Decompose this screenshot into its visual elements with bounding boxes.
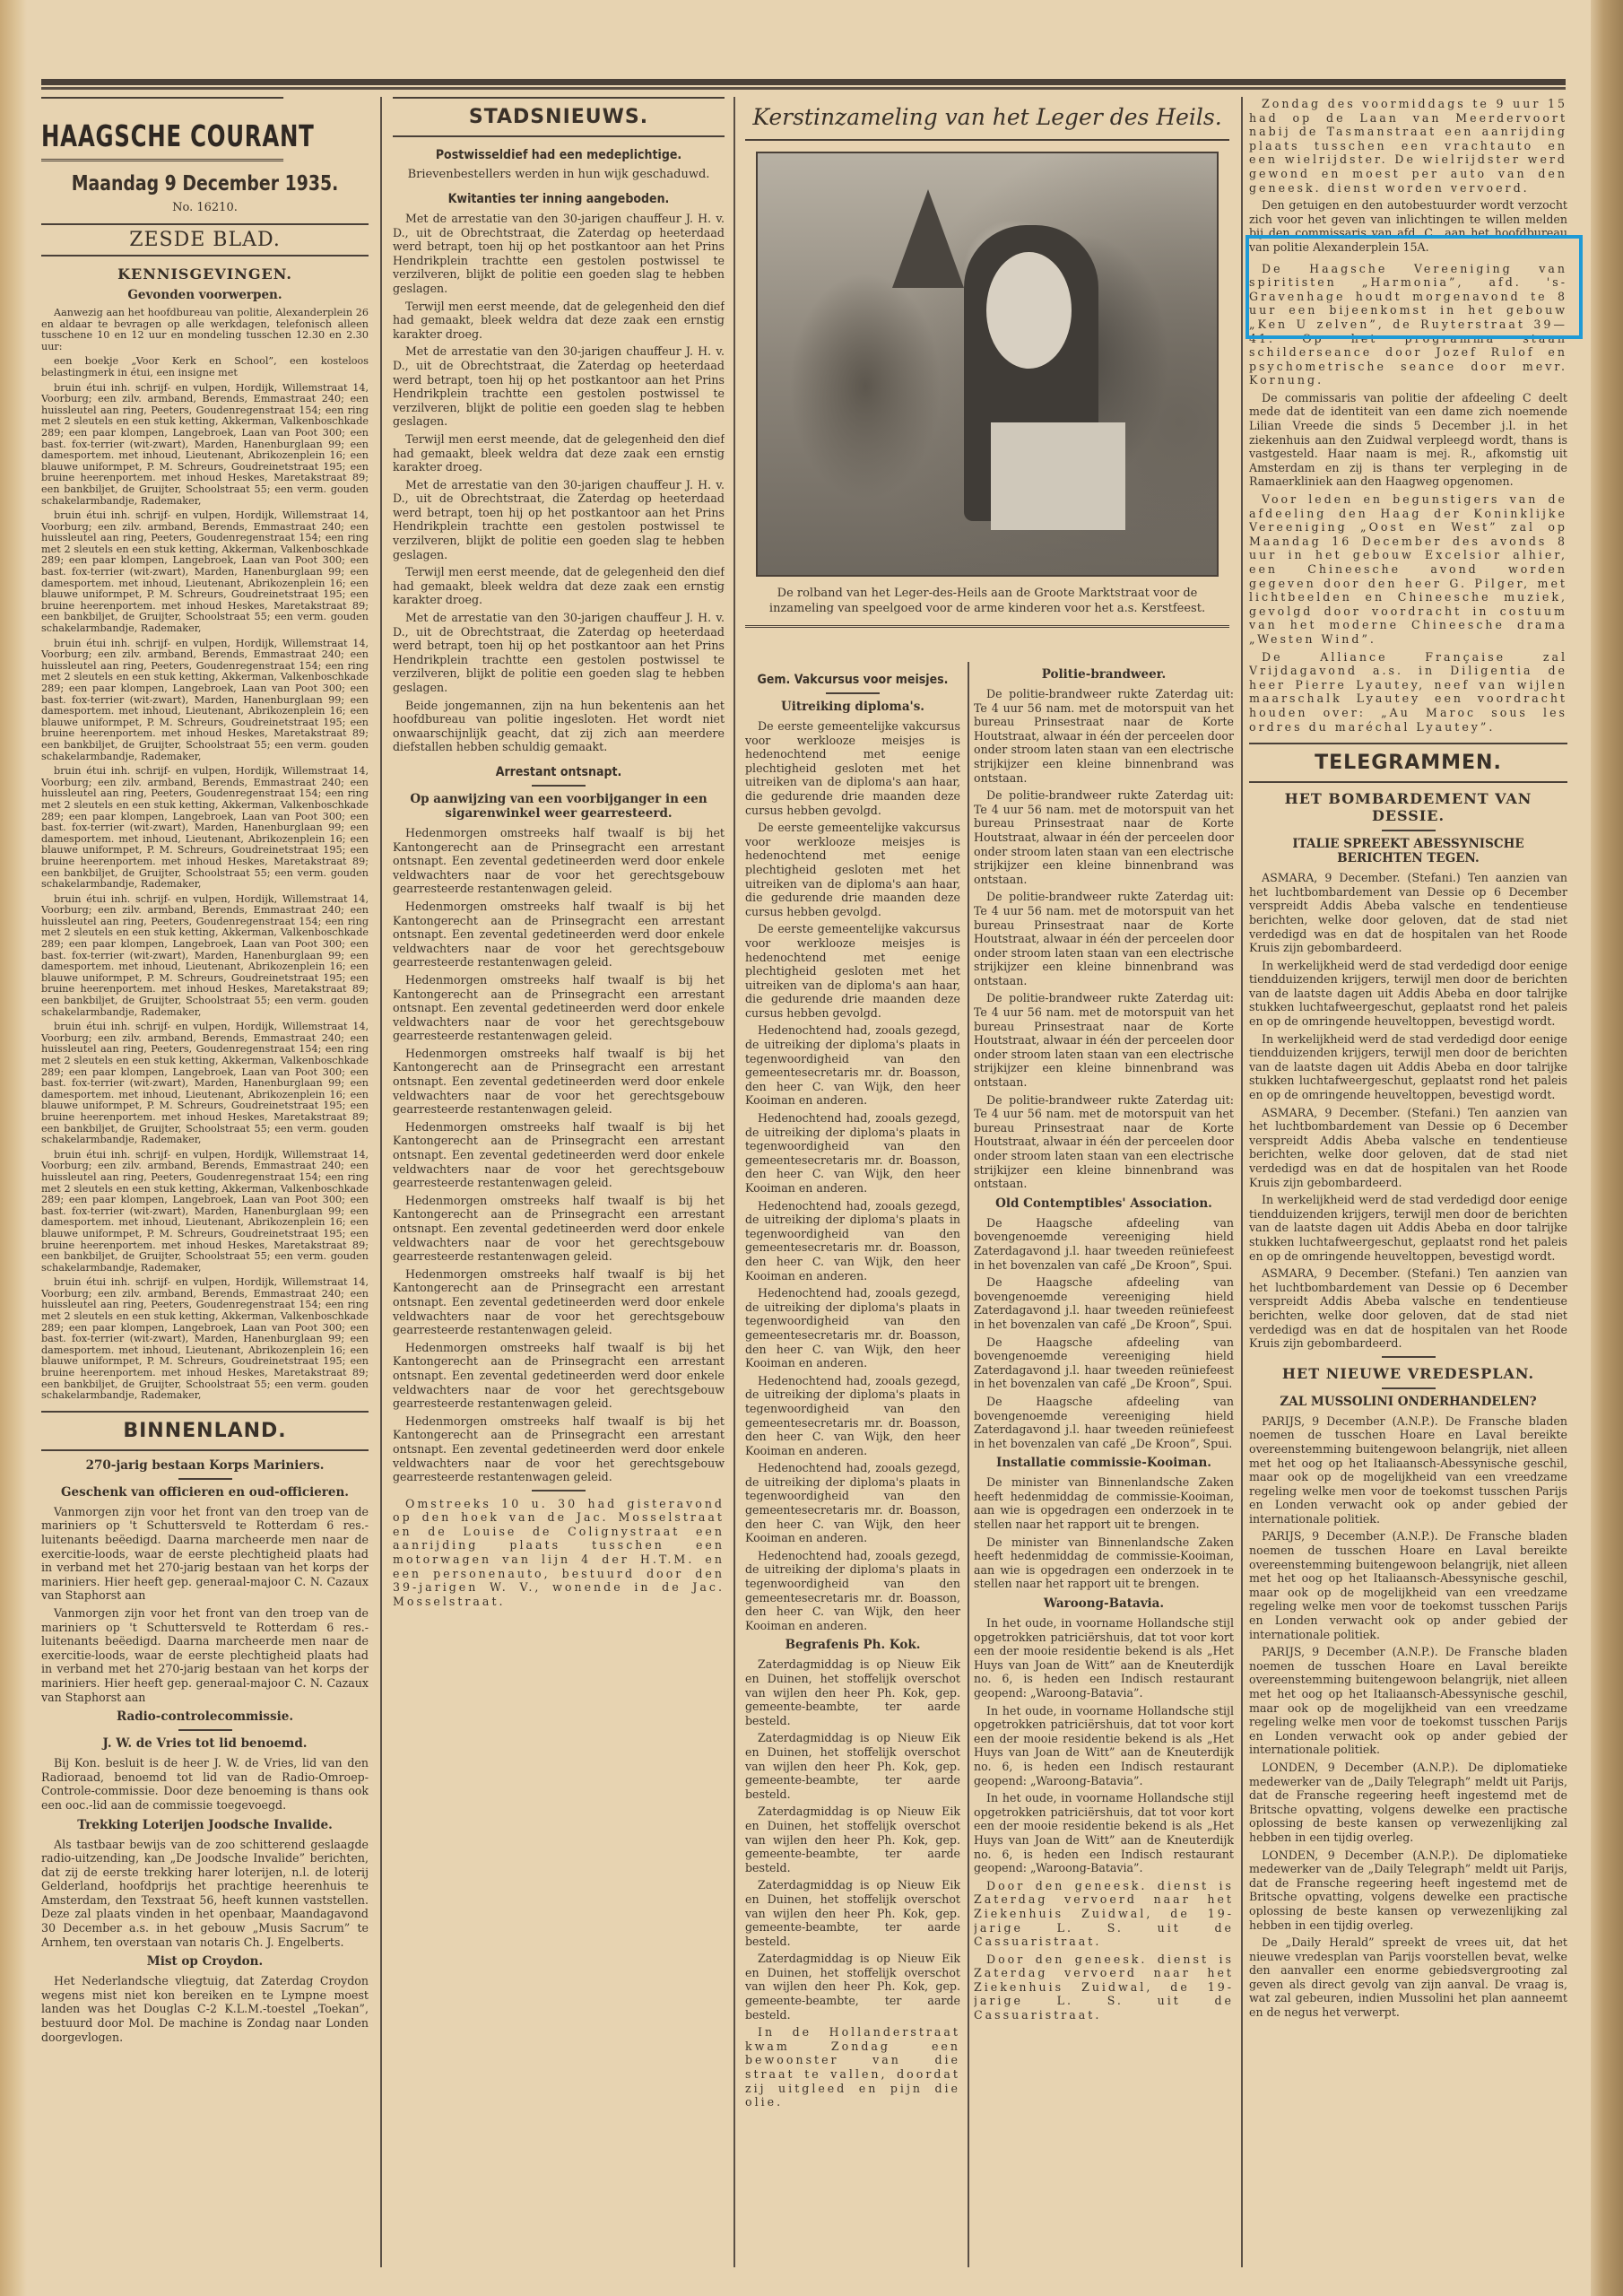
- article-body-zondag: Zondag des voormiddags te 9 uur 15 had o…: [1249, 97, 1567, 195]
- article-body: een boekje „Voor Kerk en School”, een ko…: [41, 356, 369, 378]
- column-divider: [968, 662, 969, 2267]
- article-body: De politie-brandweer rukte Zaterdag uit:…: [974, 687, 1234, 785]
- article-body: PARIJS, 9 December (A.N.P.). De Fransche…: [1249, 1529, 1567, 1641]
- page-binding-edge: [0, 0, 27, 2296]
- santa-face: [986, 252, 1072, 369]
- article-heading-kennisgevingen: KENNISGEVINGEN.: [41, 265, 369, 283]
- article-body: De eerste gemeentelijke vakcursus voor w…: [745, 922, 960, 1020]
- article-body: De minister van Binnenlandsche Zaken hee…: [974, 1475, 1234, 1531]
- column-divider: [380, 97, 382, 2267]
- article-body: bruin étui inh. schrijf- en vulpen, Hord…: [41, 1150, 369, 1274]
- article-heading: HET NIEUWE VREDESPLAN.: [1249, 1365, 1567, 1382]
- column-2: STADSNIEUWS. Postwisseldief had een mede…: [393, 97, 725, 2240]
- article-body: De minister van Binnenlandsche Zaken hee…: [974, 1535, 1234, 1591]
- article-heading: Old Contemptibles' Association.: [974, 1196, 1234, 1211]
- divider: [1382, 830, 1436, 831]
- article-body: De „Daily Herald” spreekt de vrees uit, …: [1249, 1935, 1567, 2020]
- article-body: Hedenochtend had, zooals gezegd, de uitr…: [745, 1111, 960, 1196]
- article-body: De politie-brandweer rukte Zaterdag uit:…: [974, 1093, 1234, 1191]
- article-body: Hedenmorgen omstreeks half twaalf is bij…: [393, 826, 725, 896]
- article-body: In het oude, in voorname Hollandsche sti…: [974, 1704, 1234, 1788]
- article-body: De politie-brandweer rukte Zaterdag uit:…: [974, 991, 1234, 1089]
- photo-caption: De rolband van het Leger-des-Heils aan d…: [745, 577, 1229, 628]
- article-subheading: Uitreiking diploma's.: [745, 700, 960, 714]
- article-body: bruin étui inh. schrijf- en vulpen, Hord…: [41, 639, 369, 763]
- article-body: Hedenmorgen omstreeks half twaalf is bij…: [393, 1341, 725, 1411]
- article-body: De politie-brandweer rukte Zaterdag uit:…: [974, 890, 1234, 987]
- article-body: De politie-brandweer rukte Zaterdag uit:…: [974, 788, 1234, 886]
- article-body: bruin étui inh. schrijf- en vulpen, Hord…: [41, 510, 369, 635]
- article-body: De Haagsche afdeeling van bovengenoemde …: [974, 1275, 1234, 1331]
- article-body: Vanmorgen zijn voor het front van den tr…: [41, 1505, 369, 1603]
- article-body: Beide jongemannen, zijn na hun bekenteni…: [393, 699, 725, 754]
- article-heading: 270-jarig bestaan Korps Mariniers.: [41, 1458, 369, 1473]
- article-body: In werkelijkheid werd de stad verdedigd …: [1249, 959, 1567, 1029]
- article-body: Terwijl men eerst meende, dat de gelegen…: [393, 432, 725, 474]
- article-body: ASMARA, 9 December. (Stefani.) Ten aanzi…: [1249, 1266, 1567, 1351]
- column-4: Politie-brandweer. De politie-brandweer …: [974, 662, 1234, 2240]
- article-subheading: Kwitanties ter inning aangeboden.: [410, 192, 708, 206]
- masthead-date: Maandag 9 December 1935.: [71, 172, 339, 196]
- section-banner-telegrammen: TELEGRAMMEN.: [1249, 743, 1567, 783]
- article-subheading: ZAL MUSSOLINI ONDERHANDELEN?: [1249, 1395, 1567, 1409]
- photo-salvation-army: [756, 152, 1219, 577]
- article-body: Zaterdagmiddag is op Nieuw Eik en Duinen…: [745, 1731, 960, 1801]
- article-body: Door den geneesk. dienst is Zaterdag ver…: [974, 1879, 1234, 1949]
- article-body: De Haagsche afdeeling van bovengenoemde …: [974, 1395, 1234, 1450]
- section-banner-stadsnieuws: STADSNIEUWS.: [393, 97, 725, 137]
- article-heading: Radio-controlecommissie.: [41, 1709, 369, 1724]
- article-body: bruin étui inh. schrijf- en vulpen, Hord…: [41, 894, 369, 1019]
- article-body: PARIJS, 9 December (A.N.P.). De Fransche…: [1249, 1414, 1567, 1526]
- article-body: In de Hollanderstraat kwam Zondag een be…: [745, 2025, 960, 2109]
- divider: [1382, 1387, 1436, 1389]
- article-body: Terwijl men eerst meende, dat de gelegen…: [393, 565, 725, 607]
- divider: [532, 785, 586, 787]
- article-body: LONDEN, 9 December (A.N.P.). De diplomat…: [1249, 1761, 1567, 1845]
- article-body: De eerste gemeentelijke vakcursus voor w…: [745, 821, 960, 918]
- article-body: De eerste gemeentelijke vakcursus voor w…: [745, 719, 960, 817]
- article-body: Zaterdagmiddag is op Nieuw Eik en Duinen…: [745, 1878, 960, 1948]
- article-body: In werkelijkheid werd de stad verdedigd …: [1249, 1193, 1567, 1263]
- article-body-oost-west: Voor leden en begunstigers van de afdeel…: [1249, 492, 1567, 647]
- page-right-edge: [1591, 0, 1623, 2296]
- article-body: Bij Kon. besluit is de heer J. W. de Vri…: [41, 1756, 369, 1812]
- article-subheading: Brievenbestellers werden in hun wijk ges…: [393, 168, 725, 181]
- article-body: Aanwezig aan het hoofdbureau van politie…: [41, 308, 369, 352]
- column-3: Gem. Vakcursus voor meisjes. Uitreiking …: [745, 662, 960, 2240]
- article-subheading: ITALIE SPREEKT ABESSYNISCHE BERICHTEN TE…: [1249, 837, 1567, 865]
- article-body: Het Nederlandsche vliegtuig, dat Zaterda…: [41, 1974, 369, 2044]
- column-divider: [733, 97, 735, 2267]
- article-body: bruin étui inh. schrijf- en vulpen, Hord…: [41, 1022, 369, 1146]
- article-body: Omstreeks 10 u. 30 had gisteravond op de…: [393, 1497, 725, 1609]
- column-1: HAAGSCHE COURANT Maandag 9 December 1935…: [41, 97, 369, 2240]
- article-subheading: J. W. de Vries tot lid benoemd.: [41, 1736, 369, 1751]
- article-heading: Mist op Croydon.: [41, 1954, 369, 1969]
- article-body: Met de arrestatie van den 30-jarigen cha…: [393, 478, 725, 562]
- article-body: ASMARA, 9 December. (Stefani.) Ten aanzi…: [1249, 871, 1567, 955]
- section-label: ZESDE BLAD.: [41, 223, 369, 257]
- article-body: Hedenochtend had, zooals gezegd, de uitr…: [745, 1461, 960, 1545]
- article-body: De Haagsche afdeeling van bovengenoemde …: [974, 1216, 1234, 1272]
- article-body: Hedenmorgen omstreeks half twaalf is bij…: [393, 1267, 725, 1337]
- article-heading: Politie-brandweer.: [974, 667, 1234, 682]
- divider: [1382, 1356, 1436, 1358]
- article-heading: Trekking Loterijen Joodsche Invalide.: [41, 1818, 369, 1832]
- article-body: ASMARA, 9 December. (Stefani.) Ten aanzi…: [1249, 1106, 1567, 1190]
- article-body: Hedenmorgen omstreeks half twaalf is bij…: [393, 973, 725, 1043]
- article-body: Terwijl men eerst meende, dat de gelegen…: [393, 300, 725, 342]
- collection-kettle: [991, 422, 1125, 530]
- article-body: Hedenmorgen omstreeks half twaalf is bij…: [393, 1414, 725, 1484]
- article-body: Zaterdagmiddag is op Nieuw Eik en Duinen…: [745, 1952, 960, 2022]
- article-body: Met de arrestatie van den 30-jarigen cha…: [393, 212, 725, 296]
- article-body: Hedenochtend had, zooals gezegd, de uitr…: [745, 1023, 960, 1108]
- article-body-commissaris: De commissaris van politie der afdeeling…: [1249, 391, 1567, 489]
- article-body: Hedenochtend had, zooals gezegd, de uitr…: [745, 1286, 960, 1370]
- article-body: Hedenochtend had, zooals gezegd, de uitr…: [745, 1374, 960, 1458]
- article-body: Hedenmorgen omstreeks half twaalf is bij…: [393, 1120, 725, 1190]
- issue-number: No. 16210.: [41, 201, 369, 214]
- photo-title: Kerstinzameling van het Leger des Heils.: [745, 97, 1229, 141]
- article-body: Door den geneesk. dienst is Zaterdag ver…: [974, 1952, 1234, 2022]
- article-heading: Gem. Vakcursus voor meisjes.: [756, 673, 950, 687]
- highlight-box-harmonia: [1245, 235, 1583, 339]
- divider: [178, 1729, 232, 1731]
- article-subheading: Geschenk van officieren en oud-officiere…: [41, 1485, 369, 1500]
- article-body: Zaterdagmiddag is op Nieuw Eik en Duinen…: [745, 1805, 960, 1874]
- article-body: Als tastbaar bewijs van de zoo schittere…: [41, 1838, 369, 1950]
- article-body: Zaterdagmiddag is op Nieuw Eik en Duinen…: [745, 1657, 960, 1727]
- article-subheading: Op aanwijzing van een voorbijganger in e…: [393, 792, 725, 821]
- article-body: In het oude, in voorname Hollandsche sti…: [974, 1616, 1234, 1700]
- article-body-alliance: De Alliance Française zal Vrijdagavond a…: [1249, 650, 1567, 735]
- article-heading: Postwisseldief had een medeplichtige.: [410, 148, 708, 162]
- top-rule: [41, 79, 1566, 87]
- article-body: Hedenmorgen omstreeks half twaalf is bij…: [393, 900, 725, 970]
- divider: [178, 1478, 232, 1480]
- masthead-title: HAAGSCHE COURANT: [41, 97, 283, 161]
- column-5: Zondag des voormiddags te 9 uur 15 had o…: [1249, 97, 1567, 2240]
- newspaper-page: HAAGSCHE COURANT Maandag 9 December 1935…: [41, 79, 1566, 2267]
- article-body: Met de arrestatie van den 30-jarigen cha…: [393, 344, 725, 429]
- article-heading: Arrestant ontsnapt.: [410, 765, 708, 779]
- article-subheading: Gevonden voorwerpen.: [41, 288, 369, 302]
- column-divider: [1241, 97, 1243, 2267]
- article-body: In het oude, in voorname Hollandsche sti…: [974, 1791, 1234, 1875]
- section-banner-binnenland: BINNENLAND.: [41, 1411, 369, 1451]
- article-body: LONDEN, 9 December (A.N.P.). De diplomat…: [1249, 1848, 1567, 1933]
- article-body: PARIJS, 9 December (A.N.P.). De Fransche…: [1249, 1645, 1567, 1757]
- article-heading: HET BOMBARDEMENT VAN DESSIE.: [1249, 790, 1567, 824]
- divider: [826, 692, 880, 694]
- divider: [532, 1490, 586, 1492]
- article-body: Hedenmorgen omstreeks half twaalf is bij…: [393, 1047, 725, 1117]
- article-body: De Haagsche afdeeling van bovengenoemde …: [974, 1335, 1234, 1391]
- article-body: Hedenochtend had, zooals gezegd, de uitr…: [745, 1549, 960, 1633]
- article-heading: Installatie commissie-Kooiman.: [974, 1456, 1234, 1470]
- article-body: Hedenmorgen omstreeks half twaalf is bij…: [393, 1194, 725, 1264]
- article-body: bruin étui inh. schrijf- en vulpen, Hord…: [41, 766, 369, 891]
- article-body: Met de arrestatie van den 30-jarigen cha…: [393, 611, 725, 695]
- article-heading: Begrafenis Ph. Kok.: [745, 1638, 960, 1652]
- photo-feature: Kerstinzameling van het Leger des Heils.…: [745, 97, 1229, 653]
- article-body: Hedenochtend had, zooals gezegd, de uitr…: [745, 1199, 960, 1283]
- article-body: In werkelijkheid werd de stad verdedigd …: [1249, 1032, 1567, 1102]
- article-heading: Waroong-Batavia.: [974, 1596, 1234, 1611]
- article-body: Vanmorgen zijn voor het front van den tr…: [41, 1606, 369, 1704]
- article-body: bruin étui inh. schrijf- en vulpen, Hord…: [41, 1277, 369, 1402]
- article-body: bruin étui inh. schrijf- en vulpen, Hord…: [41, 383, 369, 508]
- christmas-tree-shape: [892, 189, 964, 288]
